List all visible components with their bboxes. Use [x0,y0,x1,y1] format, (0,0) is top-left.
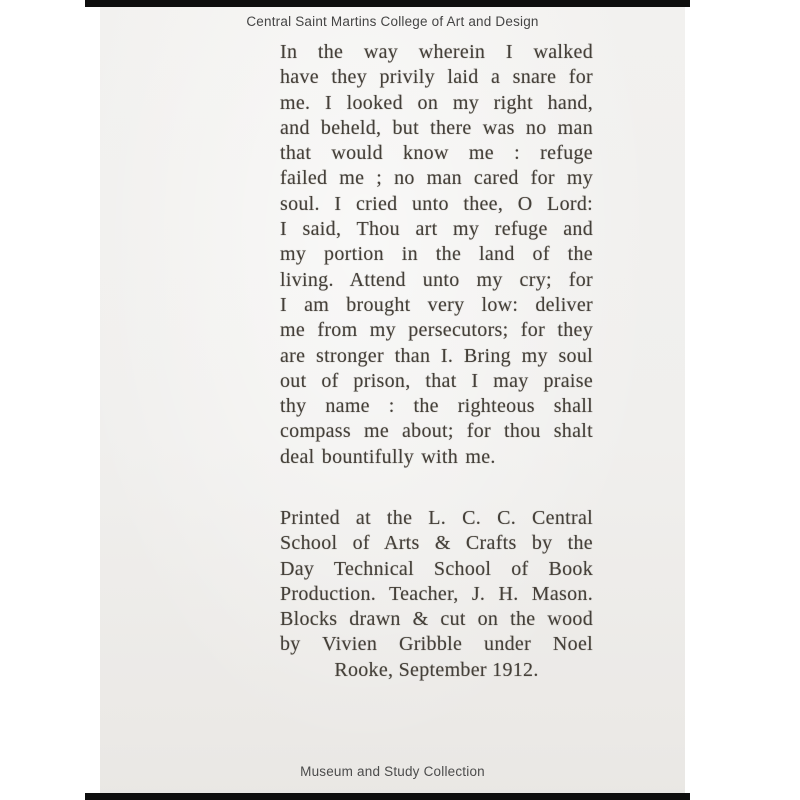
psalm-line: living. Attend unto my cry; for [280,268,593,293]
scan-canvas: Central Saint Martins College of Art and… [0,0,800,800]
psalm-line: and beheld, but there was no man [280,116,593,141]
psalm-line: out of prison, that I may praise [280,369,593,394]
colophon-line: Day Technical School of Book [280,557,593,582]
psalm-line: failed me ; no man cared for my [280,166,593,191]
colophon-line: School of Arts & Crafts by the [280,531,593,556]
psalm-line: that would know me : refuge [280,141,593,166]
psalm-text-block: In the way wherein I walked have they pr… [280,40,593,470]
psalm-line: deal bountifully with me. [280,445,593,470]
psalm-line: have they privily laid a snare for [280,65,593,90]
colophon-line: by Vivien Gribble under Noel [280,632,593,657]
psalm-line: I said, Thou art my refuge and [280,217,593,242]
colophon-line: Printed at the L. C. C. Central [280,506,593,531]
psalm-line: In the way wherein I walked [280,40,593,65]
archive-footer-label: Museum and Study Collection [100,764,685,779]
psalm-line: thy name : the righteous shall [280,394,593,419]
colophon-line: Rooke, September 1912. [280,658,593,683]
colophon-line: Production. Teacher, J. H. Mason. [280,582,593,607]
psalm-line: I am brought very low: deliver [280,293,593,318]
psalm-line: soul. I cried unto thee, O Lord: [280,192,593,217]
psalm-line: me from my persecutors; for they [280,318,593,343]
psalm-line: my portion in the land of the [280,242,593,267]
archive-header-label: Central Saint Martins College of Art and… [100,14,685,29]
top-frame-bar [85,0,690,7]
psalm-line: me. I looked on my right hand, [280,91,593,116]
psalm-line: compass me about; for thou shalt [280,419,593,444]
bottom-frame-bar [85,793,690,800]
colophon-block: Printed at the L. C. C. Central School o… [280,506,593,683]
colophon-line: Blocks drawn & cut on the wood [280,607,593,632]
psalm-line: are stronger than I. Bring my soul [280,344,593,369]
